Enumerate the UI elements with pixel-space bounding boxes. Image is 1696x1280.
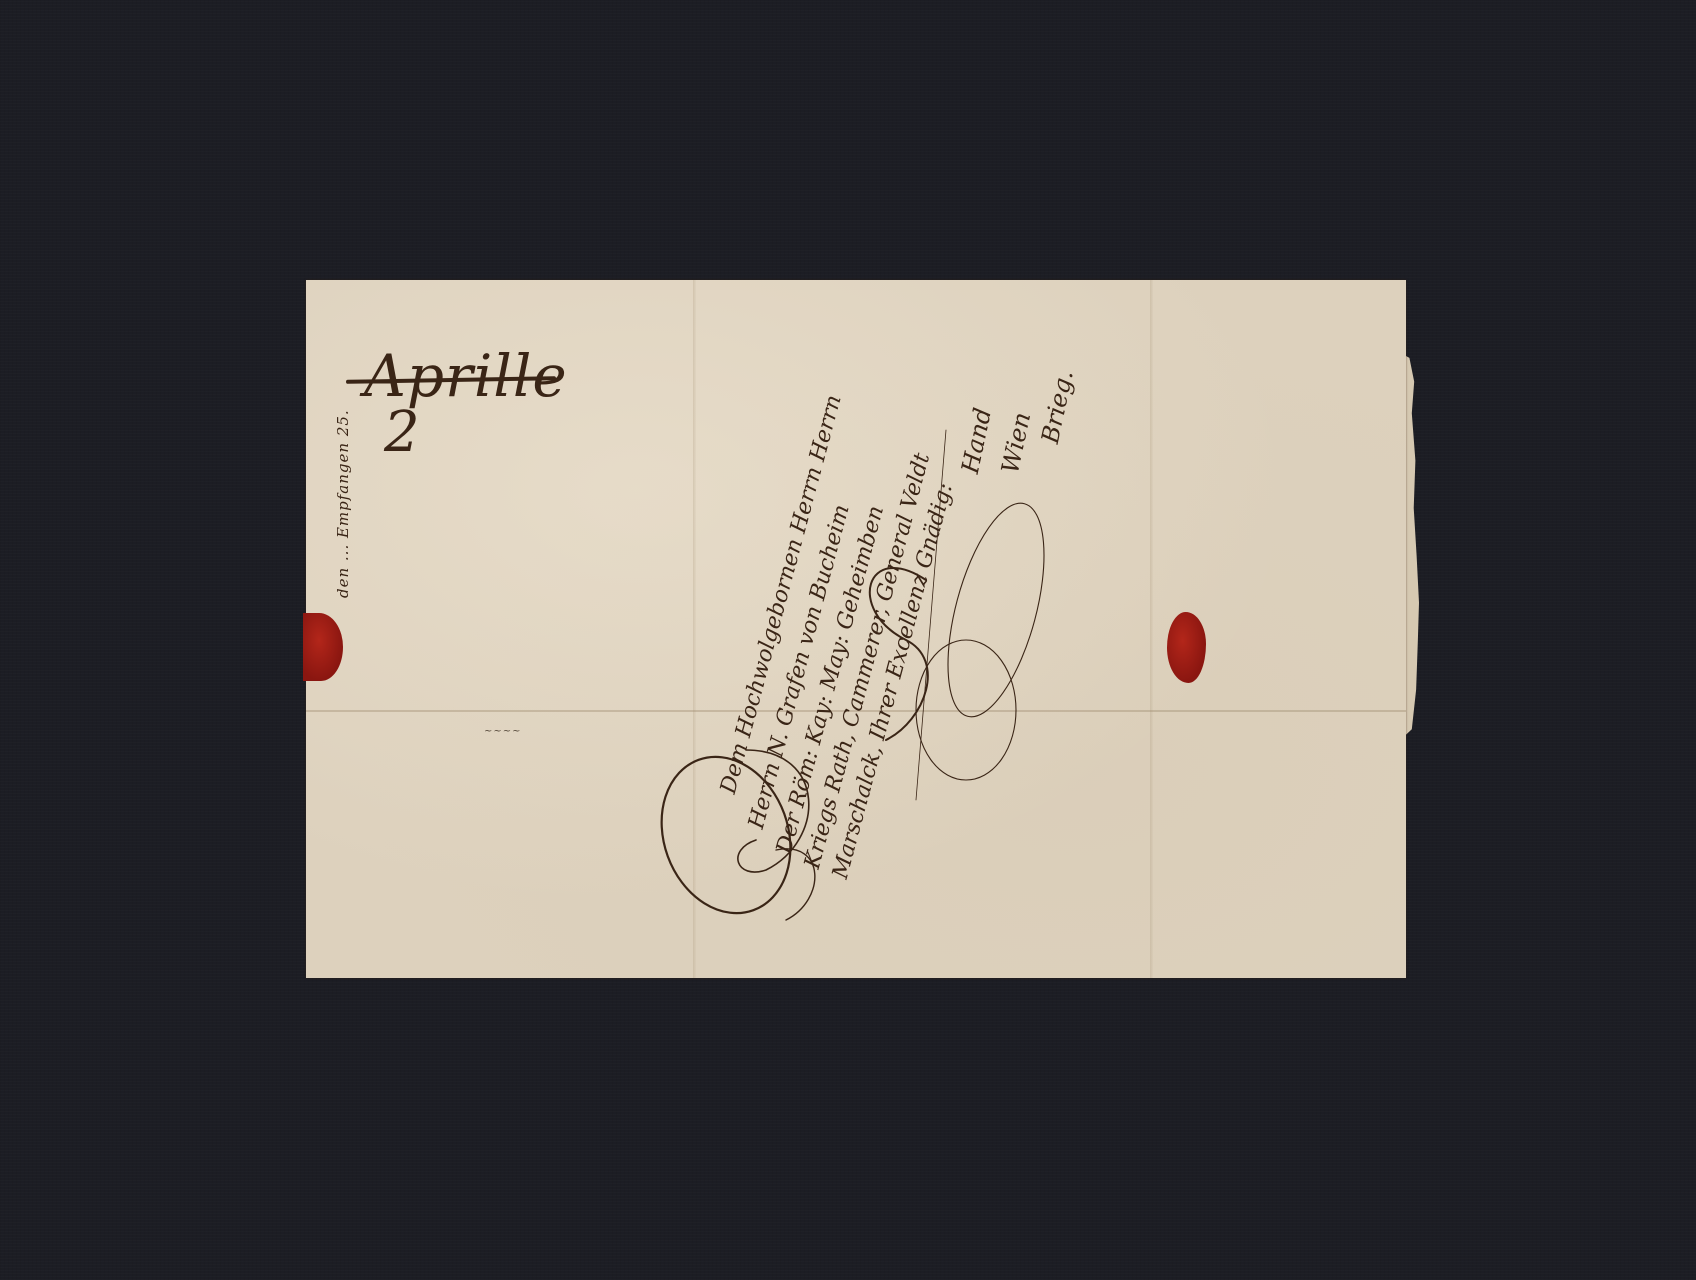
docket-note: den ... Empfangen 25. bbox=[334, 409, 352, 598]
vertical-fold-right bbox=[1150, 280, 1153, 978]
destination-line: Brieg. bbox=[1036, 368, 1079, 446]
month-number: 2 bbox=[384, 400, 420, 465]
vertical-fold-left bbox=[693, 280, 696, 978]
address-block: Dem Hochwolgebornen Herrn Herrn Herrn N.… bbox=[706, 320, 1026, 880]
letter-sheet: den ... Empfangen 25. Aprille 2 ~~~~ Dem… bbox=[306, 280, 1406, 978]
document-viewer: den ... Empfangen 25. Aprille 2 ~~~~ Dem… bbox=[0, 0, 1696, 1280]
stamp-mark: ~~~~ bbox=[484, 726, 522, 737]
wax-seal-left bbox=[303, 613, 343, 681]
wax-seal-right bbox=[1167, 612, 1206, 683]
